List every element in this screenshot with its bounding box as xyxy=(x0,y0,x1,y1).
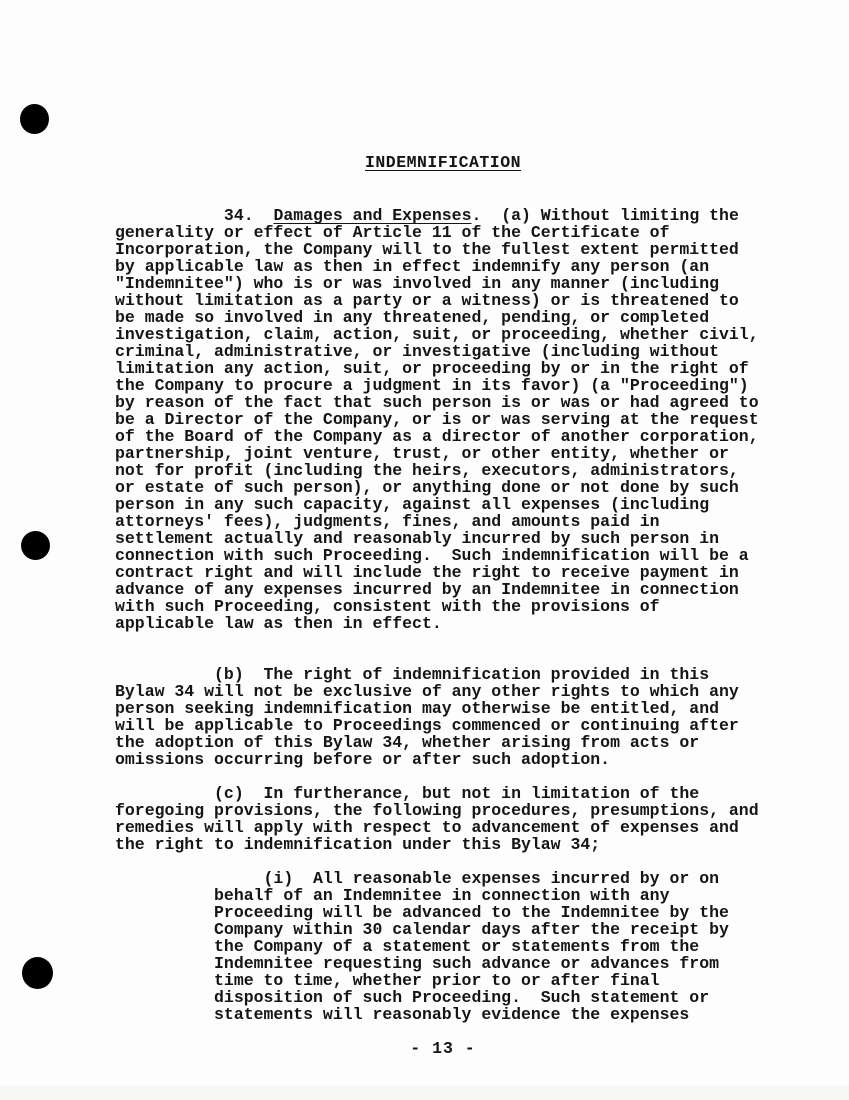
document-page: INDEMNIFICATION 34. Damages and Expenses… xyxy=(0,0,849,1100)
hole-punch-middle xyxy=(21,531,50,560)
document-content: INDEMNIFICATION 34. Damages and Expenses… xyxy=(115,154,771,1057)
document-title-text: INDEMNIFICATION xyxy=(365,153,521,172)
hole-punch-bottom xyxy=(22,957,53,989)
paragraph-34c-i: (i) All reasonable expenses incurred by … xyxy=(115,870,771,1023)
paragraph-34a: 34. Damages and Expenses. (a) Without li… xyxy=(115,190,771,649)
page-number: - 13 - xyxy=(115,1040,771,1057)
scan-edge-artifact xyxy=(0,1086,849,1100)
hole-punch-top xyxy=(20,104,49,134)
paragraph-34a-body: . (a) Without limiting the generality or… xyxy=(115,206,759,633)
paragraph-34c: (c) In furtherance, but not in limitatio… xyxy=(115,785,771,853)
paragraph-34b: (b) The right of indemnification provide… xyxy=(115,666,771,768)
document-title: INDEMNIFICATION xyxy=(115,154,771,171)
